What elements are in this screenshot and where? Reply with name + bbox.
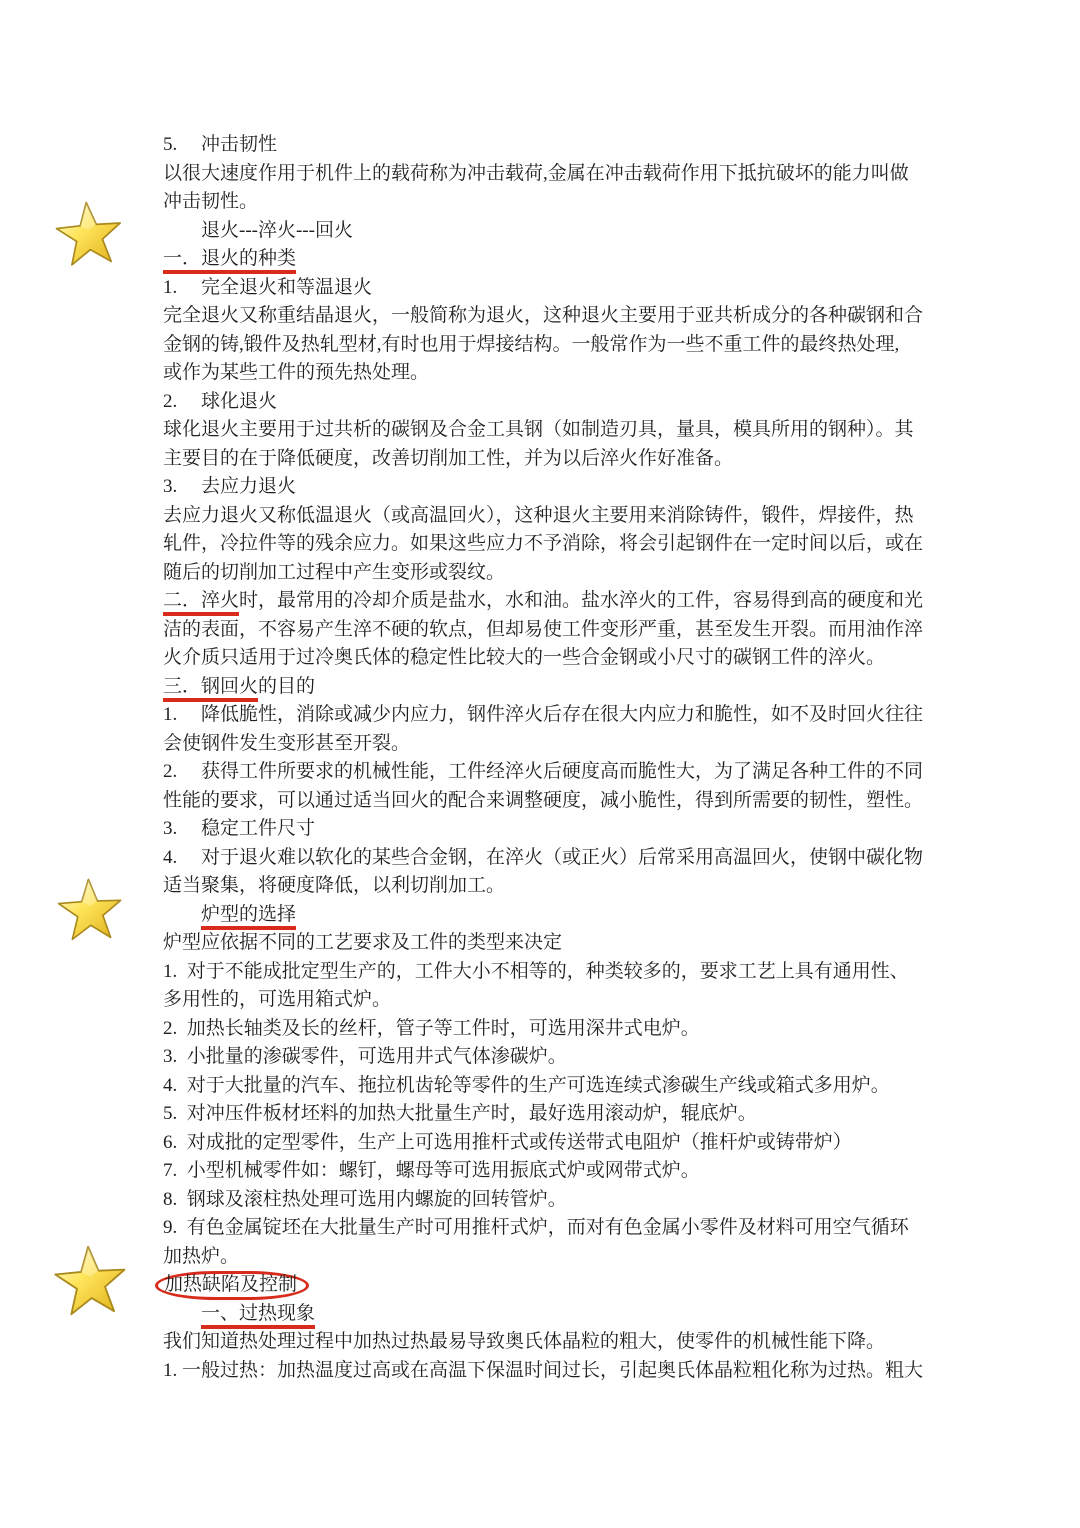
text-line: 炉型应依据不同的工艺要求及工件的类型来决定 bbox=[163, 929, 941, 958]
text-line: 我们知道热处理过程中加热过热最易导致奥氏体晶粒的粗大，使零件的机械性能下降。 bbox=[163, 1328, 941, 1357]
text-line: 火介质只适用于过冷奥氏体的稳定性比较大的一些合金钢或小尺寸的碳钢工件的淬火。 bbox=[163, 644, 941, 673]
red-underlined-text: 一．退火的种类 bbox=[163, 248, 296, 274]
text-line: 2. 加热长轴类及长的丝杆，管子等工件时，可选用深井式电炉。 bbox=[163, 1015, 941, 1044]
text-segment: 去应力退火又称低温退火（或高温回火），这种退火主要用来消除铸件，锻件，焊接件，热 bbox=[163, 505, 914, 526]
text-segment: 时，最常用的冷却介质是盐水，水和油。盐水淬火的工件，容易得到高的硬度和光 bbox=[239, 590, 923, 611]
text-line: 球化退火主要用于过共析的碳钢及合金工具钢（如制造刃具，量具，模具所用的钢种）。其 bbox=[163, 416, 941, 445]
text-line: 轧件，冷拉件等的残余应力。如果这些应力不予消除，将会引起钢件在一定时间以后，或在 bbox=[163, 530, 941, 559]
text-line: 5. 对冲压件板材坯料的加热大批量生产时，最好选用滚动炉，辊底炉。 bbox=[163, 1100, 941, 1129]
text-line: 4. 对于大批量的汽车、拖拉机齿轮等零件的生产可选连续式渗碳生产线或箱式多用炉。 bbox=[163, 1072, 941, 1101]
text-segment: 4. 对于大批量的汽车、拖拉机齿轮等零件的生产可选连续式渗碳生产线或箱式多用炉。 bbox=[163, 1075, 890, 1096]
text-line: 多用性的，可选用箱式炉。 bbox=[163, 986, 941, 1015]
text-segment: 1. 对于不能成批定型生产的，工件大小不相等的，种类较多的，要求工艺上具有通用性… bbox=[163, 961, 909, 982]
text-segment: 1. 一般过热：加热温度过高或在高温下保温时间过长，引起奥氏体晶粒粗化称为过热。… bbox=[163, 1360, 923, 1381]
text-segment: 的目的 bbox=[258, 676, 315, 697]
text-line: 主要目的在于降低硬度，改善切削加工性，并为以后淬火作好准备。 bbox=[163, 445, 941, 474]
text-line: 4. 对于退火难以软化的某些合金钢，在淬火（或正火）后常采用高温回火，使钢中碳化… bbox=[163, 844, 941, 873]
red-underlined-text: 炉型的选择 bbox=[201, 904, 296, 930]
red-underlined-text: 一、过热现象 bbox=[201, 1303, 315, 1329]
red-circled-text: 加热缺陷及控制 bbox=[155, 1271, 309, 1300]
text-line: 会使钢件发生变形甚至开裂。 bbox=[163, 730, 941, 759]
text-segment: 球化退火主要用于过共析的碳钢及合金工具钢（如制造刃具，量具，模具所用的钢种）。其 bbox=[163, 419, 914, 440]
text-segment: 8. 钢球及滚柱热处理可选用内螺旋的回转管炉。 bbox=[163, 1189, 567, 1210]
text-segment: 主要目的在于降低硬度，改善切削加工性，并为以后淬火作好准备。 bbox=[163, 448, 733, 469]
text-line: 1. 对于不能成批定型生产的，工件大小不相等的，种类较多的，要求工艺上具有通用性… bbox=[163, 958, 941, 987]
star-icon bbox=[54, 869, 126, 950]
text-line: 退火---淬火---回火 bbox=[163, 217, 941, 246]
text-segment: 加热炉。 bbox=[163, 1246, 239, 1267]
text-segment: 2. 球化退火 bbox=[163, 391, 277, 412]
text-line: 以很大速度作用于机件上的载荷称为冲击载荷,金属在冲击载荷作用下抵抗破坏的能力叫做 bbox=[163, 160, 941, 189]
text-segment: 7. 小型机械零件如：螺钉，螺母等可选用振底式炉或网带式炉。 bbox=[163, 1160, 700, 1181]
text-segment: 冲击韧性。 bbox=[163, 191, 258, 212]
text-segment: 2. 获得工件所要求的机械性能，工件经淬火后硬度高而脆性大，为了满足各种工件的不… bbox=[163, 761, 923, 782]
text-segment: 多用性的，可选用箱式炉。 bbox=[163, 989, 391, 1010]
text-line: 完全退火又称重结晶退火，一般简称为退火，这种退火主要用于亚共析成分的各种碳钢和合 bbox=[163, 302, 941, 331]
text-line: 一．退火的种类 bbox=[163, 245, 941, 274]
text-line: 三．钢回火的目的 bbox=[163, 673, 941, 702]
text-segment: 退火---淬火---回火 bbox=[201, 220, 353, 241]
text-segment: 以很大速度作用于机件上的载荷称为冲击载荷,金属在冲击载荷作用下抵抗破坏的能力叫做 bbox=[163, 163, 909, 184]
text-line: 或作为某些工件的预先热处理。 bbox=[163, 359, 941, 388]
text-segment: 2. 加热长轴类及长的丝杆，管子等工件时，可选用深井式电炉。 bbox=[163, 1018, 700, 1039]
document-page: 5. 冲击韧性以很大速度作用于机件上的载荷称为冲击载荷,金属在冲击载荷作用下抵抗… bbox=[0, 0, 1080, 1528]
text-line: 1. 降低脆性，消除或减少内应力，钢件淬火后存在很大内应力和脆性，如不及时回火往… bbox=[163, 701, 941, 730]
text-line: 2. 球化退火 bbox=[163, 388, 941, 417]
text-line: 二．淬火时，最常用的冷却介质是盐水，水和油。盐水淬火的工件，容易得到高的硬度和光 bbox=[163, 587, 941, 616]
text-line: 9. 有色金属锭坯在大批量生产时可用推杆式炉，而对有色金属小零件及材料可用空气循… bbox=[163, 1214, 941, 1243]
star-icon bbox=[51, 194, 127, 274]
text-segment: 完全退火又称重结晶退火，一般简称为退火，这种退火主要用于亚共析成分的各种碳钢和合 bbox=[163, 305, 923, 326]
text-segment: 4. 对于退火难以软化的某些合金钢，在淬火（或正火）后常采用高温回火，使钢中碳化… bbox=[163, 847, 923, 868]
text-line: 6. 对成批的定型零件，生产上可选用推杆式或传送带式电阻炉（推杆炉或铸带炉） bbox=[163, 1129, 941, 1158]
text-line: 5. 冲击韧性 bbox=[163, 131, 941, 160]
text-segment: 性能的要求，可以通过适当回火的配合来调整硬度，减小脆性，得到所需要的韧性，塑性。 bbox=[163, 790, 923, 811]
text-segment: 会使钢件发生变形甚至开裂。 bbox=[163, 733, 410, 754]
text-line: 加热炉。 bbox=[163, 1243, 941, 1272]
text-segment: 9. 有色金属锭坯在大批量生产时可用推杆式炉，而对有色金属小零件及材料可用空气循… bbox=[163, 1217, 909, 1238]
text-line: 去应力退火又称低温退火（或高温回火），这种退火主要用来消除铸件，锻件，焊接件，热 bbox=[163, 502, 941, 531]
text-line: 1. 完全退火和等温退火 bbox=[163, 274, 941, 303]
text-line: 2. 获得工件所要求的机械性能，工件经淬火后硬度高而脆性大，为了满足各种工件的不… bbox=[163, 758, 941, 787]
text-line: 3. 稳定工件尺寸 bbox=[163, 815, 941, 844]
text-segment: 随后的切削加工过程中产生变形或裂纹。 bbox=[163, 562, 505, 583]
red-underlined-text: 二．淬火 bbox=[163, 590, 239, 616]
text-segment: 或作为某些工件的预先热处理。 bbox=[163, 362, 429, 383]
text-line: 金钢的铸,锻件及热轧型材,有时也用于焊接结构。一般常作为一些不重工件的最终热处理… bbox=[163, 331, 941, 360]
text-segment: 1. 完全退火和等温退火 bbox=[163, 277, 372, 298]
text-segment: 3. 稳定工件尺寸 bbox=[163, 818, 315, 839]
text-line: 3. 小批量的渗碳零件，可选用井式气体渗碳炉。 bbox=[163, 1043, 941, 1072]
document-body: 5. 冲击韧性以很大速度作用于机件上的载荷称为冲击载荷,金属在冲击载荷作用下抵抗… bbox=[163, 131, 941, 1385]
text-segment: 6. 对成批的定型零件，生产上可选用推杆式或传送带式电阻炉（推杆炉或铸带炉） bbox=[163, 1132, 852, 1153]
text-segment: 5. 冲击韧性 bbox=[163, 134, 277, 155]
text-segment: 3. 去应力退火 bbox=[163, 476, 296, 497]
text-segment: 适当聚集，将硬度降低，以利切削加工。 bbox=[163, 875, 505, 896]
text-line: 8. 钢球及滚柱热处理可选用内螺旋的回转管炉。 bbox=[163, 1186, 941, 1215]
text-line: 7. 小型机械零件如：螺钉，螺母等可选用振底式炉或网带式炉。 bbox=[163, 1157, 941, 1186]
text-segment: 金钢的铸,锻件及热轧型材,有时也用于焊接结构。一般常作为一些不重工件的最终热处理… bbox=[163, 334, 899, 355]
text-line: 洁的表面，不容易产生淬不硬的软点，但却易使工件变形严重，甚至发生开裂。而用油作淬 bbox=[163, 616, 941, 645]
text-line: 冲击韧性。 bbox=[163, 188, 941, 217]
text-segment: 5. 对冲压件板材坯料的加热大批量生产时，最好选用滚动炉，辊底炉。 bbox=[163, 1103, 757, 1124]
text-segment: 1. 降低脆性，消除或减少内应力，钢件淬火后存在很大内应力和脆性，如不及时回火往… bbox=[163, 704, 923, 725]
text-segment: 3. 小批量的渗碳零件，可选用井式气体渗碳炉。 bbox=[163, 1046, 567, 1067]
star-icon bbox=[49, 1240, 131, 1321]
text-line: 3. 去应力退火 bbox=[163, 473, 941, 502]
text-line: 随后的切削加工过程中产生变形或裂纹。 bbox=[163, 559, 941, 588]
text-segment: 洁的表面，不容易产生淬不硬的软点，但却易使工件变形严重，甚至发生开裂。而用油作淬 bbox=[163, 619, 923, 640]
red-underlined-text: 三．钢回火 bbox=[163, 676, 258, 702]
text-line: 1. 一般过热：加热温度过高或在高温下保温时间过长，引起奥氏体晶粒粗化称为过热。… bbox=[163, 1357, 941, 1386]
text-segment: 火介质只适用于过冷奥氏体的稳定性比较大的一些合金钢或小尺寸的碳钢工件的淬火。 bbox=[163, 647, 885, 668]
text-segment: 轧件，冷拉件等的残余应力。如果这些应力不予消除，将会引起钢件在一定时间以后，或在 bbox=[163, 533, 923, 554]
text-segment: 我们知道热处理过程中加热过热最易导致奥氏体晶粒的粗大，使零件的机械性能下降。 bbox=[163, 1331, 885, 1352]
text-line: 炉型的选择 bbox=[163, 901, 941, 930]
text-line: 性能的要求，可以通过适当回火的配合来调整硬度，减小脆性，得到所需要的韧性，塑性。 bbox=[163, 787, 941, 816]
text-line: 适当聚集，将硬度降低，以利切削加工。 bbox=[163, 872, 941, 901]
text-line: 一、过热现象 bbox=[163, 1300, 941, 1329]
text-segment: 炉型应依据不同的工艺要求及工件的类型来决定 bbox=[163, 932, 562, 953]
text-line: 加热缺陷及控制 bbox=[163, 1271, 941, 1300]
